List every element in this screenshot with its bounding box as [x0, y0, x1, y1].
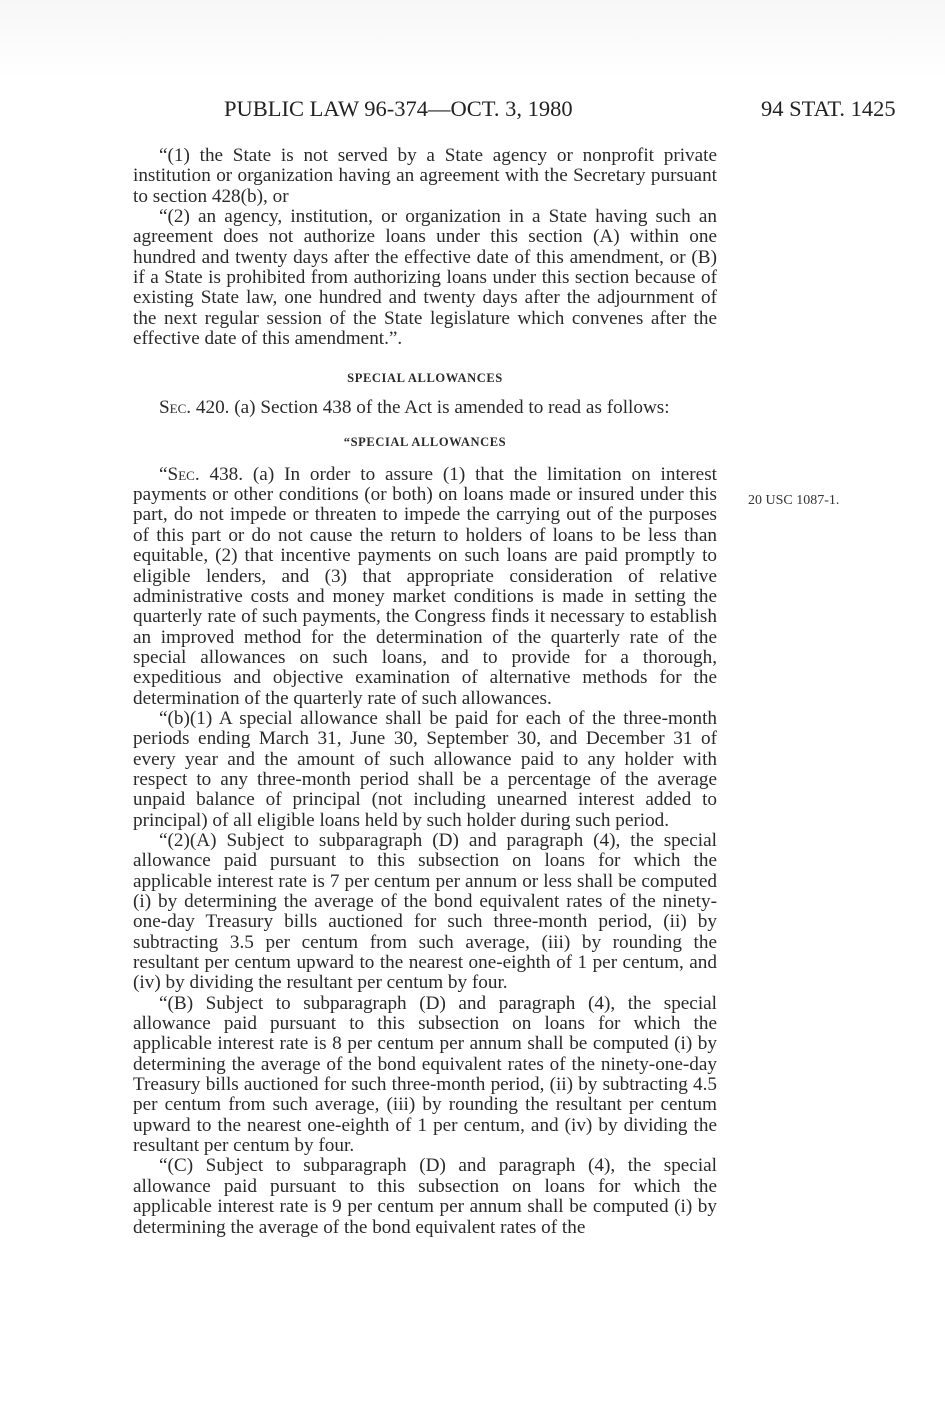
margin-note-usc-citation: 20 USC 1087-1. [748, 493, 839, 509]
paragraph-2: “(2) an agency, institution, or organiza… [133, 207, 717, 349]
sec-label: Sec. [159, 397, 191, 418]
paragraph-2-A: “(2)(A) Subject to subparagraph (D) and … [133, 831, 717, 994]
sec-420-text: 420. (a) Section 438 of the Act is amend… [191, 397, 670, 418]
open-quote: “ [159, 464, 168, 485]
paragraph-2-B: “(B) Subject to subparagraph (D) and par… [133, 994, 717, 1157]
running-head-title: PUBLIC LAW 96-374—OCT. 3, 1980 [224, 96, 573, 122]
bleed-through-shadow [0, 0, 945, 80]
body-text-column: “(1) the State is not served by a State … [133, 146, 717, 1238]
paragraph-2-C: “(C) Subject to subparagraph (D) and par… [133, 1156, 717, 1237]
running-head-page-number: 94 STAT. 1425 [761, 96, 896, 122]
section-420-intro: Sec. 420. (a) Section 438 of the Act is … [133, 398, 717, 418]
paragraph-b-1: “(b)(1) A special allowance shall be pai… [133, 709, 717, 831]
document-page: PUBLIC LAW 96-374—OCT. 3, 1980 94 STAT. … [0, 0, 945, 1412]
section-heading-special-allowances: SPECIAL ALLOWANCES [133, 371, 717, 386]
sec-label: Sec. [168, 464, 200, 485]
sec-438-a-text: 438. (a) In order to assure (1) that the… [133, 464, 717, 709]
paragraph-1: “(1) the State is not served by a State … [133, 146, 717, 207]
quoted-heading-special-allowances: “SPECIAL ALLOWANCES [133, 435, 717, 450]
section-438-a: “Sec. 438. (a) In order to assure (1) th… [133, 465, 717, 709]
